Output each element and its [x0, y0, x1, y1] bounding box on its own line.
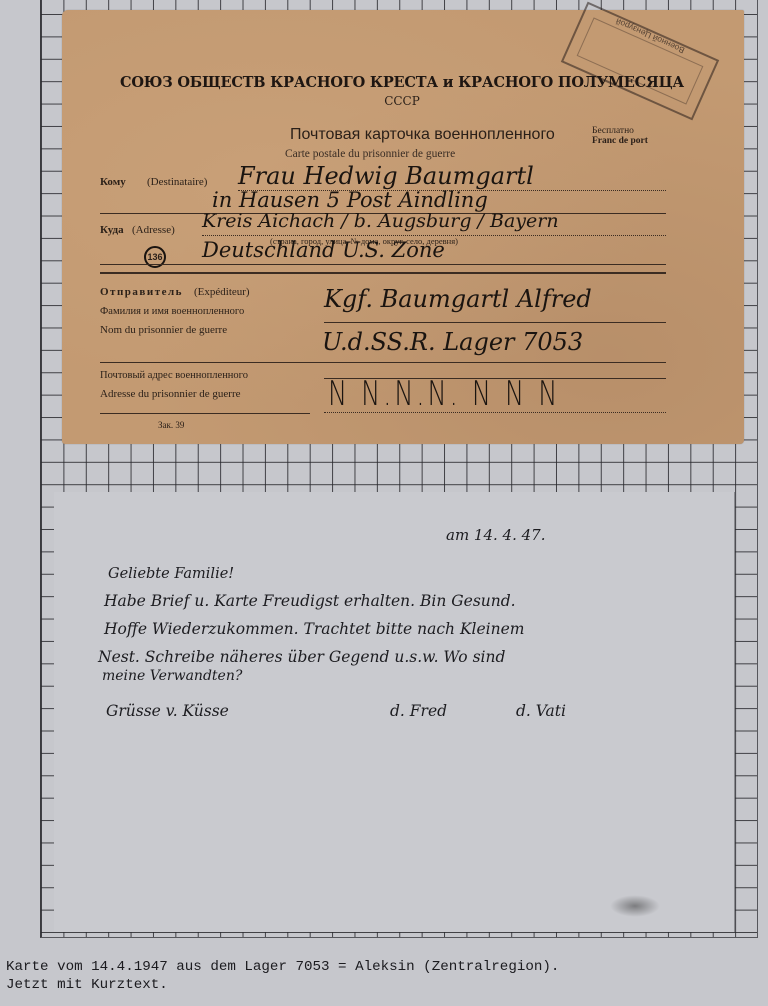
pow-address-line-2: [324, 412, 666, 413]
sender-label-fr: (Expéditeur): [194, 286, 250, 298]
sender-line: [324, 322, 666, 323]
card-header-country: СССР: [100, 94, 704, 108]
sender-name-label-fr: Nom du prisonnier de guerre: [100, 324, 227, 336]
card-title-russian: Почтовая карточка военнопленного: [290, 126, 555, 144]
caption-line-1: Karte vom 14.4.1947 aus dem Lager 7053 =…: [6, 958, 766, 976]
ink-smudge: [610, 895, 660, 917]
caption-line-2: Jetzt mit Kurztext.: [6, 976, 766, 994]
letter-signature-fred: d. Fred: [390, 702, 447, 720]
album-page: Военной Цензурой СОЮЗ ОБЩЕСТВ КРАСНОГО К…: [0, 0, 768, 1006]
letter-closing: Grüsse v. Küsse: [106, 702, 229, 720]
address-label-ru: Куда: [100, 224, 124, 236]
recipient-town: in Hausen 5 Post Aindling: [212, 188, 488, 212]
album-caption: Karte vom 14.4.1947 aus dem Lager 7053 =…: [6, 958, 766, 994]
postcard-front: Военной Цензурой СОЮЗ ОБЩЕСТВ КРАСНОГО К…: [62, 10, 744, 444]
sender-name-label-ru: Фамилия и имя военнопленного: [100, 306, 244, 317]
pow-address-label-ru: Почтовый адрес военнопленного: [100, 370, 248, 381]
address-country: Deutschland U.S. Zone: [202, 238, 445, 262]
letter-line-1: Habe Brief u. Karte Freudigst erhalten. …: [104, 592, 516, 610]
letter-date: am 14. 4. 47.: [446, 526, 546, 544]
letter-signature-vati: d. Vati: [516, 702, 566, 720]
sender-name: Kgf. Baumgartl Alfred: [324, 285, 592, 313]
pow-address-line-3: [100, 413, 310, 414]
card-header-organization: СОЮЗ ОБЩЕСТВ КРАСНОГО КРЕСТА и КРАСНОГО …: [100, 74, 704, 91]
card-title-french: Carte postale du prisonnier de guerre: [285, 148, 455, 160]
address-line-2: [100, 264, 666, 265]
postage-free-note: Бесплатно Franc de port: [592, 126, 648, 146]
address-label-fr: (Adresse): [132, 224, 175, 236]
section-divider: [100, 272, 666, 274]
recipient-label-ru: Кому: [100, 176, 126, 188]
letter-line-3: Nest. Schreibe näheres über Gegend u.s.w…: [98, 648, 505, 666]
letter-salutation: Geliebte Familie!: [108, 566, 234, 582]
recipient-name: Frau Hedwig Baumgartl: [238, 162, 534, 190]
postage-free-ru: Бесплатно: [592, 126, 648, 136]
sender-label-ru: Отправитель: [100, 286, 183, 298]
sender-camp: U.d.SS.R. Lager 7053: [322, 328, 583, 356]
pow-address-label-fr: Adresse du prisonnier de guerre: [100, 388, 241, 400]
letter-line-2: Hoffe Wiederzukommen. Trachtet bitte nac…: [104, 620, 524, 638]
recipient-label-fr: (Destinataire): [147, 176, 207, 188]
postage-free-fr: Franc de port: [592, 136, 648, 146]
letter-line-4: meine Verwandten?: [102, 668, 242, 684]
address-district: Kreis Aichach / b. Augsburg / Bayern: [202, 210, 559, 232]
sender-line-2: [100, 362, 666, 363]
order-number: Зак. 39: [158, 420, 184, 430]
pow-address-value: N N.N.N. N N N: [328, 374, 560, 414]
